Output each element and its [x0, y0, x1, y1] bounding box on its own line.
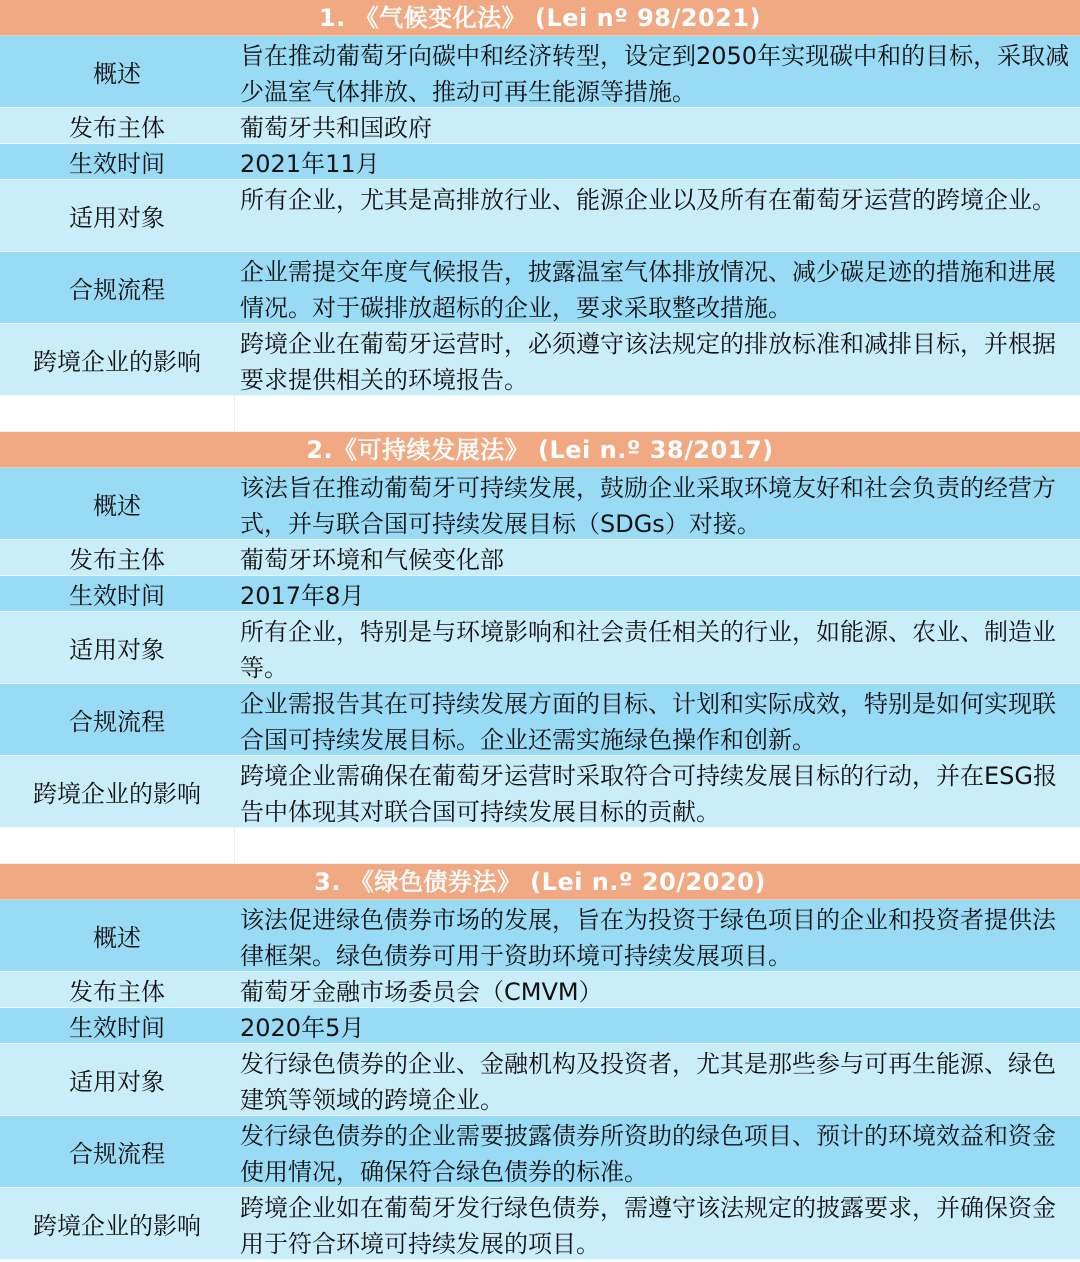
table-row-impact: 跨境企业的影响 跨境企业在葡萄牙运营时，必须遵守该法规定的排放标准和减排目标，并… [0, 324, 1080, 396]
row-value: 葡萄牙环境和气候变化部 [234, 540, 1080, 575]
row-value: 所有企业，尤其是高排放行业、能源企业以及所有在葡萄牙运营的跨境企业。 [234, 180, 1080, 251]
row-value: 2017年8月 [234, 576, 1080, 611]
row-label: 跨境企业的影响 [0, 756, 234, 827]
section-title: 1. 《气候变化法》 (Lei nº 98/2021) [0, 0, 1080, 36]
table-row-applicable: 适用对象 所有企业，特别是与环境影响和社会责任相关的行业，如能源、农业、制造业等… [0, 612, 1080, 684]
table-row-impact: 跨境企业的影响 跨境企业如在葡萄牙发行绿色债券，需遵守该法规定的披露要求，并确保… [0, 1188, 1080, 1260]
table-row-publisher: 发布主体 葡萄牙环境和气候变化部 [0, 540, 1080, 576]
row-label: 适用对象 [0, 612, 234, 683]
row-label: 生效时间 [0, 144, 234, 179]
table-row-compliance: 合规流程 发行绿色债券的企业需要披露债券所资助的绿色项目、预计的环境效益和资金使… [0, 1116, 1080, 1188]
row-label: 发布主体 [0, 972, 234, 1007]
law-table: 1. 《气候变化法》 (Lei nº 98/2021) 概述 旨在推动葡萄牙向碳… [0, 0, 1080, 1260]
row-label: 跨境企业的影响 [0, 1188, 234, 1259]
row-value: 葡萄牙共和国政府 [234, 108, 1080, 143]
row-label: 发布主体 [0, 540, 234, 575]
row-value: 旨在推动葡萄牙向碳中和经济转型，设定到2050年实现碳中和的目标，采取减少温室气… [234, 36, 1080, 107]
table-row-effective-date: 生效时间 2017年8月 [0, 576, 1080, 612]
row-label: 合规流程 [0, 252, 234, 323]
row-value: 葡萄牙金融市场委员会（CMVM） [234, 972, 1080, 1007]
table-row-applicable: 适用对象 所有企业，尤其是高排放行业、能源企业以及所有在葡萄牙运营的跨境企业。 [0, 180, 1080, 252]
table-row-compliance: 合规流程 企业需报告其在可持续发展方面的目标、计划和实际成效，特别是如何实现联合… [0, 684, 1080, 756]
table-row-effective-date: 生效时间 2020年5月 [0, 1008, 1080, 1044]
table-row-publisher: 发布主体 葡萄牙金融市场委员会（CMVM） [0, 972, 1080, 1008]
row-label: 发布主体 [0, 108, 234, 143]
row-label: 跨境企业的影响 [0, 324, 234, 395]
row-label: 生效时间 [0, 576, 234, 611]
row-value: 企业需报告其在可持续发展方面的目标、计划和实际成效，特别是如何实现联合国可持续发… [234, 684, 1080, 755]
table-row-applicable: 适用对象 发行绿色债券的企业、金融机构及投资者，尤其是那些参与可再生能源、绿色建… [0, 1044, 1080, 1116]
table-row-impact: 跨境企业的影响 跨境企业需确保在葡萄牙运营时采取符合可持续发展目标的行动，并在E… [0, 756, 1080, 828]
row-value: 所有企业，特别是与环境影响和社会责任相关的行业，如能源、农业、制造业等。 [234, 612, 1080, 683]
table-row-compliance: 合规流程 企业需提交年度气候报告，披露温室气体排放情况、减少碳足迹的措施和进展情… [0, 252, 1080, 324]
table-row-effective-date: 生效时间 2021年11月 [0, 144, 1080, 180]
spacer-row [0, 396, 1080, 432]
row-label: 概述 [0, 468, 234, 539]
row-value: 发行绿色债券的企业、金融机构及投资者，尤其是那些参与可再生能源、绿色建筑等领域的… [234, 1044, 1080, 1115]
row-value: 企业需提交年度气候报告，披露温室气体排放情况、减少碳足迹的措施和进展情况。对于碳… [234, 252, 1080, 323]
row-label: 合规流程 [0, 1116, 234, 1187]
spacer-row [0, 828, 1080, 864]
table-row-overview: 概述 该法促进绿色债券市场的发展，旨在为投资于绿色项目的企业和投资者提供法律框架… [0, 900, 1080, 972]
row-value: 跨境企业在葡萄牙运营时，必须遵守该法规定的排放标准和减排目标，并根据要求提供相关… [234, 324, 1080, 395]
row-label: 适用对象 [0, 1044, 234, 1115]
row-label: 概述 [0, 36, 234, 107]
section-title: 3. 《绿色债券法》 (Lei n.º 20/2020) [0, 864, 1080, 900]
section-title: 2.《可持续发展法》 (Lei n.º 38/2017) [0, 432, 1080, 468]
row-value: 跨境企业需确保在葡萄牙运营时采取符合可持续发展目标的行动，并在ESG报告中体现其… [234, 756, 1080, 827]
row-value: 该法旨在推动葡萄牙可持续发展，鼓励企业采取环境友好和社会负责的经营方式，并与联合… [234, 468, 1080, 539]
row-label: 概述 [0, 900, 234, 971]
row-label: 生效时间 [0, 1008, 234, 1043]
row-label: 适用对象 [0, 180, 234, 251]
row-label: 合规流程 [0, 684, 234, 755]
row-value: 2021年11月 [234, 144, 1080, 179]
row-value: 跨境企业如在葡萄牙发行绿色债券，需遵守该法规定的披露要求，并确保资金用于符合环境… [234, 1188, 1080, 1259]
table-row-publisher: 发布主体 葡萄牙共和国政府 [0, 108, 1080, 144]
row-value: 发行绿色债券的企业需要披露债券所资助的绿色项目、预计的环境效益和资金使用情况，确… [234, 1116, 1080, 1187]
table-row-overview: 概述 旨在推动葡萄牙向碳中和经济转型，设定到2050年实现碳中和的目标，采取减少… [0, 36, 1080, 108]
table-row-overview: 概述 该法旨在推动葡萄牙可持续发展，鼓励企业采取环境友好和社会负责的经营方式，并… [0, 468, 1080, 540]
row-value: 该法促进绿色债券市场的发展，旨在为投资于绿色项目的企业和投资者提供法律框架。绿色… [234, 900, 1080, 971]
row-value: 2020年5月 [234, 1008, 1080, 1043]
